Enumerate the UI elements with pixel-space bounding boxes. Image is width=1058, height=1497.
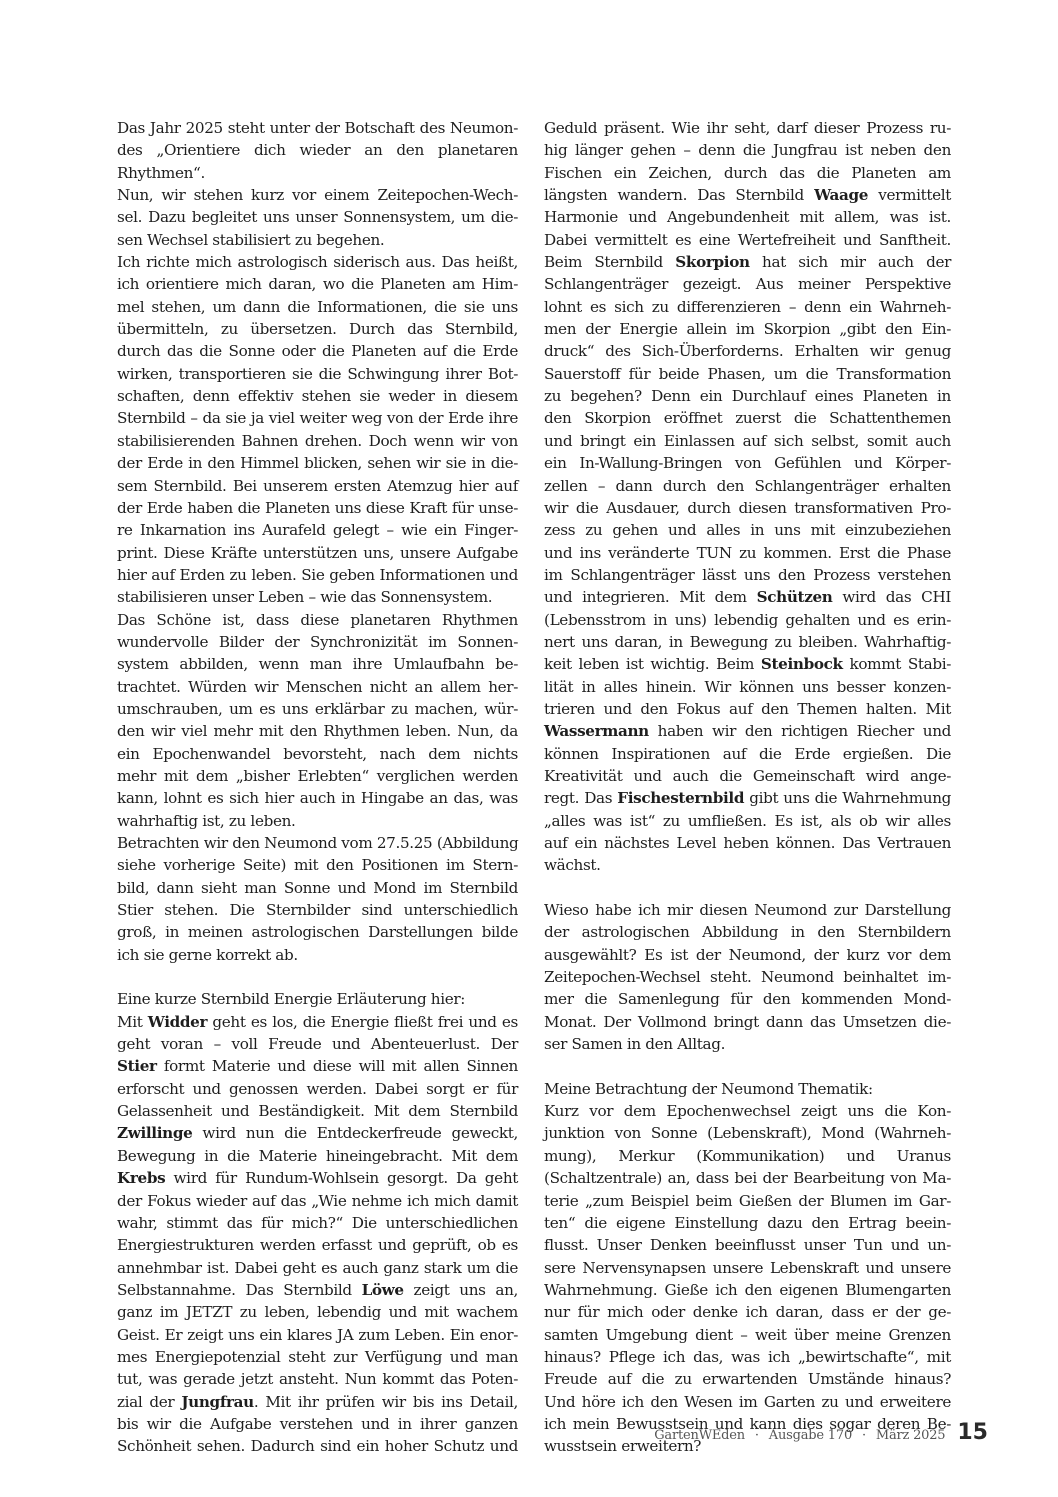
text-line: Nun, wir stehen kurz vor einem Zeitepoch…: [117, 184, 518, 206]
text-line: ten“ die eigene Einstellung dazu den Ert…: [544, 1212, 951, 1234]
page-number: 15: [957, 1420, 988, 1445]
text-line: ich orientiere mich daran, wo die Planet…: [117, 273, 518, 295]
text-line: der Fokus wieder auf das „Wie nehme ich …: [117, 1190, 518, 1212]
text-line: print. Diese Kräfte unterstützen uns, un…: [117, 542, 518, 564]
footer-meta: GartenWEden · Ausgabe 170 · März 2025: [654, 1428, 945, 1443]
text-line: den wir viel mehr mit den Rhythmen leben…: [117, 720, 518, 742]
constellation-name: Widder: [148, 1013, 207, 1031]
text-line: kann, lohnt es sich hier auch in Hingabe…: [117, 787, 518, 809]
text-line: können Inspirationen auf die Erde ergieß…: [544, 743, 951, 765]
text-line: men der Energie allein im Skorpion „gibt…: [544, 318, 951, 340]
text-line: mel stehen, um dann die Informationen, d…: [117, 296, 518, 318]
text-line: Zwillinge wird nun die Entdeckerfreude g…: [117, 1122, 518, 1144]
text-line: Fischen ein Zeichen, durch das die Plane…: [544, 162, 951, 184]
separator: ·: [755, 1428, 759, 1443]
text-line: Wassermann haben wir den richtigen Riech…: [544, 720, 951, 742]
text-line: Das Jahr 2025 steht unter der Botschaft …: [117, 117, 518, 139]
text-line: mes Energiepotenzial steht zur Verfügung…: [117, 1346, 518, 1368]
text-line: Schönheit sehen. Dadurch sind ein hoher …: [117, 1435, 518, 1457]
text-line: im Schlangenträger lässt uns den Prozess…: [544, 564, 951, 586]
text-line: der Erde in den Himmel blicken, sehen wi…: [117, 452, 518, 474]
text-line: hig länger gehen – denn die Jungfrau ist…: [544, 139, 951, 161]
text-line: wundervolle Bilder der Synchronizität im…: [117, 631, 518, 653]
text-line: druck“ des Sich-Überforderns. Erhalten w…: [544, 340, 951, 362]
text-line: zial der Jungfrau. Mit ihr prüfen wir bi…: [117, 1391, 518, 1413]
text-line: Sternbild – da sie ja viel weiter weg vo…: [117, 407, 518, 429]
text-line: Sauerstoff für beide Phasen, um die Tran…: [544, 363, 951, 385]
text-line: stabilisieren unser Leben – wie das Sonn…: [117, 586, 518, 608]
text-line: groß, in meinen astrologischen Darstellu…: [117, 921, 518, 943]
constellation-name: Schützen: [757, 588, 833, 606]
paragraph: Ich richte mich astrologisch siderisch a…: [117, 251, 518, 609]
text-line: sem Sternbild. Bei unserem ersten Atemzu…: [117, 475, 518, 497]
text-line: regt. Das Fischesternbild gibt uns die W…: [544, 787, 951, 809]
text-line: Das Schöne ist, dass diese planetaren Rh…: [117, 609, 518, 631]
text-line: zess zu gehen und alles in uns mit einzu…: [544, 519, 951, 541]
text-line: trieren und den Fokus auf den Themen hal…: [544, 698, 951, 720]
paragraph: Wieso habe ich mir diesen Neumond zur Da…: [544, 899, 951, 1055]
text-line: Dabei vermittelt es eine Wertefreiheit u…: [544, 229, 951, 251]
text-line: sere Nervensynapsen unsere Lebenskraft u…: [544, 1257, 951, 1279]
text-line: Rhythmen“.: [117, 162, 518, 184]
text-line: nur für mich oder denke ich daran, dass …: [544, 1301, 951, 1323]
text-line: Betrachten wir den Neumond vom 27.5.25 (…: [117, 832, 518, 854]
paragraph: Das Jahr 2025 steht unter der Botschaft …: [117, 117, 518, 184]
text-line: hinaus? Pflege ich das, was ich „bewirts…: [544, 1346, 951, 1368]
text-line: Ich richte mich astrologisch siderisch a…: [117, 251, 518, 273]
text-line: hier auf Erden zu leben. Sie geben Infor…: [117, 564, 518, 586]
text-line: wahrhaftig ist, zu leben.: [117, 810, 518, 832]
text-line: wahr, stimmt das für mich?“ Die untersch…: [117, 1212, 518, 1234]
text-line: mehr mit dem „bisher Erlebten“ vergliche…: [117, 765, 518, 787]
text-line: ser Samen in den Alltag.: [544, 1033, 951, 1055]
text-line: Kurz vor dem Epochenwechsel zeigt uns di…: [544, 1100, 951, 1122]
text-line: Stier stehen. Die Sternbilder sind unter…: [117, 899, 518, 921]
text-line: lität in alles hinein. Wir können uns be…: [544, 676, 951, 698]
text-line: mung), Merkur (Kommunikation) und Uranus: [544, 1145, 951, 1167]
text-line: Eine kurze Sternbild Energie Erläuterung…: [117, 988, 518, 1010]
paragraph: Eine kurze Sternbild Energie Erläuterung…: [117, 988, 518, 1010]
text-line: stabilisierenden Bahnen drehen. Doch wen…: [117, 430, 518, 452]
text-line: und bringt ein Einlassen auf sich selbst…: [544, 430, 951, 452]
text-line: Freude auf die zu erwartenden Umstände h…: [544, 1368, 951, 1390]
text-line: Mit Widder geht es los, die Energie flie…: [117, 1011, 518, 1033]
text-line: ganz im JETZT zu leben, lebendig und mit…: [117, 1301, 518, 1323]
paragraph: Kurz vor dem Epochenwechsel zeigt uns di…: [544, 1100, 951, 1458]
text-line: umschrauben, um es uns erklärbar zu mach…: [117, 698, 518, 720]
text-line: schaften, denn effektiv stehen sie weder…: [117, 385, 518, 407]
constellation-name: Waage: [814, 186, 868, 204]
paragraph: Nun, wir stehen kurz vor einem Zeitepoch…: [117, 184, 518, 251]
text-line: zu begehen? Denn ein Durchlauf eines Pla…: [544, 385, 951, 407]
text-line: des „Orientiere dich wieder an den plane…: [117, 139, 518, 161]
text-line: übermitteln, zu übersetzen. Durch das St…: [117, 318, 518, 340]
text-line: ausgewählt? Es ist der Neumond, der kurz…: [544, 944, 951, 966]
text-line: „alles was ist“ zu umfließen. Es ist, al…: [544, 810, 951, 832]
constellation-name: Löwe: [362, 1281, 404, 1299]
text-line: Wahrnehmung. Gieße ich den eigenen Blume…: [544, 1279, 951, 1301]
text-line: der Erde haben die Planeten uns diese Kr…: [117, 497, 518, 519]
text-line: Kreativität und auch die Gemeinschaft wi…: [544, 765, 951, 787]
separator: ·: [862, 1428, 866, 1443]
page-footer: GartenWEden · Ausgabe 170 · März 2025 15: [654, 1420, 988, 1445]
paragraph: Geduld präsent. Wie ihr seht, darf diese…: [544, 117, 951, 877]
text-line: und ins veränderte TUN zu kommen. Erst d…: [544, 542, 951, 564]
text-line: erforscht und genossen werden. Dabei sor…: [117, 1078, 518, 1100]
text-line: zellen – dann durch den Schlangenträger …: [544, 475, 951, 497]
text-line: lohnt es sich zu differenzieren – denn e…: [544, 296, 951, 318]
text-line: Schlangenträger gezeigt. Aus meiner Pers…: [544, 273, 951, 295]
paragraph: Das Schöne ist, dass diese planetaren Rh…: [117, 609, 518, 832]
text-line: Zeitepochen-Wechsel steht. Neumond beinh…: [544, 966, 951, 988]
text-line: junktion von Sonne (Lebenskraft), Mond (…: [544, 1122, 951, 1144]
paragraph: Betrachten wir den Neumond vom 27.5.25 (…: [117, 832, 518, 966]
text-line: samten Umgebung dient – weit über meine …: [544, 1324, 951, 1346]
text-line: Stier formt Materie und diese will mit a…: [117, 1055, 518, 1077]
constellation-name: Stier: [117, 1057, 157, 1075]
text-line: ein Epochenwandel bevorsteht, nach dem n…: [117, 743, 518, 765]
text-line: ein In-Wallung-Bringen von Gefühlen und …: [544, 452, 951, 474]
text-line: Monat. Der Vollmond bringt dann das Umse…: [544, 1011, 951, 1033]
text-line: wirken, transportieren sie die Schwingun…: [117, 363, 518, 385]
issue-number: Ausgabe 170: [769, 1428, 852, 1443]
constellation-name: Fischesternbild: [617, 789, 744, 807]
text-line: terie „zum Beispiel beim Gießen der Blum…: [544, 1190, 951, 1212]
text-line: Meine Betrachtung der Neumond Thematik:: [544, 1078, 951, 1100]
text-line: geht voran – voll Freude und Abenteuerlu…: [117, 1033, 518, 1055]
text-line: Energiestrukturen werden erfasst und gep…: [117, 1234, 518, 1256]
text-line: auf ein nächstes Level heben können. Das…: [544, 832, 951, 854]
text-line: system abbilden, wenn man ihre Umlaufbah…: [117, 653, 518, 675]
text-line: ich sie gerne korrekt ab.: [117, 944, 518, 966]
text-line: bis wir die Aufgabe verstehen und in ihr…: [117, 1413, 518, 1435]
right-text-column: Geduld präsent. Wie ihr seht, darf diese…: [544, 117, 951, 1458]
text-line: Harmonie und Angebundenheit mit allem, w…: [544, 206, 951, 228]
constellation-name: Wassermann: [544, 722, 649, 740]
text-line: annehmbar ist. Dabei geht es auch ganz s…: [117, 1257, 518, 1279]
text-line: Geduld präsent. Wie ihr seht, darf diese…: [544, 117, 951, 139]
text-line: Selbstannahme. Das Sternbild Löwe zeigt …: [117, 1279, 518, 1301]
text-line: Geist. Er zeigt uns ein klares JA zum Le…: [117, 1324, 518, 1346]
text-line: mer die Samenlegung für den kommenden Mo…: [544, 988, 951, 1010]
magazine-page: Das Jahr 2025 steht unter der Botschaft …: [0, 0, 1058, 1497]
text-line: Und höre ich den Wesen im Garten zu und …: [544, 1391, 951, 1413]
text-line: den Skorpion eröffnet zuerst die Schatte…: [544, 407, 951, 429]
issue-date: März 2025: [876, 1428, 946, 1443]
text-line: wächst.: [544, 854, 951, 876]
text-line: längsten wandern. Das Sternbild Waage ve…: [544, 184, 951, 206]
text-line: (Schaltzentrale) an, dass bei der Bearbe…: [544, 1167, 951, 1189]
paragraph: Meine Betrachtung der Neumond Thematik:: [544, 1078, 951, 1100]
text-line: Gelassenheit und Beständigkeit. Mit dem …: [117, 1100, 518, 1122]
text-line: Krebs wird für Rundum-Wohlsein gesorgt. …: [117, 1167, 518, 1189]
text-line: Beim Sternbild Skorpion hat sich mir auc…: [544, 251, 951, 273]
text-line: nert uns daran, in Bewegung zu bleiben. …: [544, 631, 951, 653]
text-line: trachtet. Würden wir Menschen nicht an a…: [117, 676, 518, 698]
constellation-name: Krebs: [117, 1169, 165, 1187]
constellation-name: Steinbock: [761, 655, 843, 673]
text-line: durch das die Sonne oder die Planeten au…: [117, 340, 518, 362]
magazine-name: GartenWEden: [654, 1428, 745, 1443]
text-line: (Lebensstrom in uns) lebendig gehalten u…: [544, 609, 951, 631]
constellation-name: Jungfrau: [181, 1393, 254, 1411]
text-line: flusst. Unser Denken beeinflusst unser T…: [544, 1234, 951, 1256]
text-line: sel. Dazu begleitet uns unser Sonnensyst…: [117, 206, 518, 228]
text-line: Wieso habe ich mir diesen Neumond zur Da…: [544, 899, 951, 921]
paragraph: Mit Widder geht es los, die Energie flie…: [117, 1011, 518, 1458]
text-line: tut, was gerade jetzt ansteht. Nun kommt…: [117, 1368, 518, 1390]
text-line: bild, dann sieht man Sonne und Mond im S…: [117, 877, 518, 899]
text-line: sen Wechsel stabilisiert zu begehen.: [117, 229, 518, 251]
text-line: keit leben ist wichtig. Beim Steinbock k…: [544, 653, 951, 675]
text-line: Bewegung in die Materie hineingebracht. …: [117, 1145, 518, 1167]
constellation-name: Zwillinge: [117, 1124, 192, 1142]
text-line: siehe vorherige Seite) mit den Positione…: [117, 854, 518, 876]
text-line: der astrologischen Abbildung in den Ster…: [544, 921, 951, 943]
constellation-name: Skorpion: [675, 253, 749, 271]
text-line: und integrieren. Mit dem Schützen wird d…: [544, 586, 951, 608]
text-line: re Inkarnation ins Aurafeld gelegt – wie…: [117, 519, 518, 541]
left-text-column: Das Jahr 2025 steht unter der Botschaft …: [117, 117, 518, 1458]
text-line: wir die Ausdauer, durch diesen transform…: [544, 497, 951, 519]
